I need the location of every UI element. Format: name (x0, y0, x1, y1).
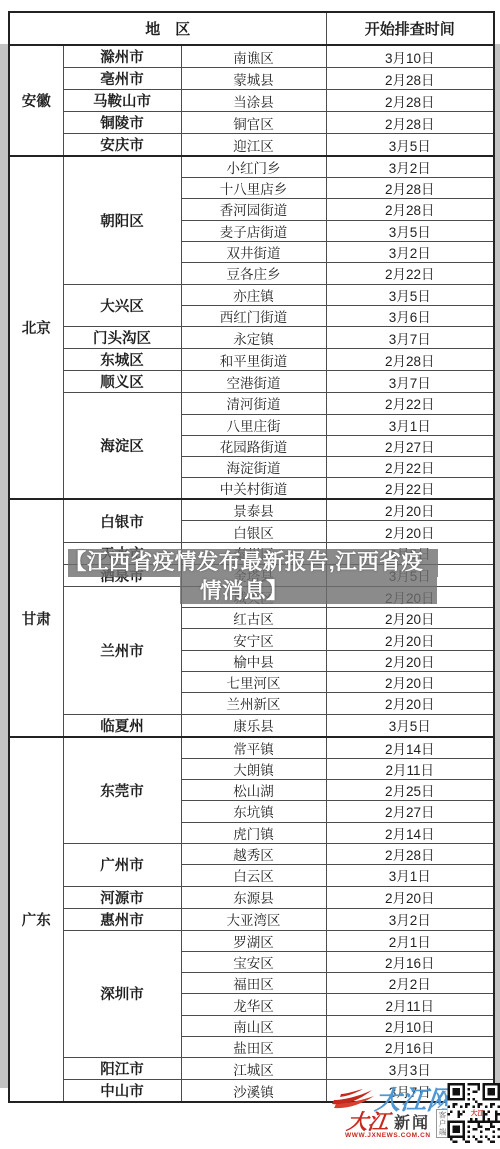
table-row: 河源市东源县2月20日 (9, 886, 494, 908)
date-cell: 3月1日 (326, 414, 494, 435)
city-cell: 顺义区 (63, 371, 181, 393)
date-cell: 2月16日 (326, 1037, 494, 1058)
district-cell: 康乐县 (181, 714, 326, 737)
district-cell: 景泰县 (181, 499, 326, 521)
city-cell: 惠州市 (63, 908, 181, 930)
district-cell: 南山区 (181, 1015, 326, 1036)
date-cell: 2月16日 (326, 951, 494, 972)
date-cell: 2月22日 (326, 263, 494, 284)
district-cell: 东源县 (181, 886, 326, 908)
district-cell: 永定镇 (181, 327, 326, 349)
district-cell: 东坑镇 (181, 801, 326, 822)
date-cell: 3月5日 (326, 220, 494, 241)
city-cell: 大兴区 (63, 284, 181, 327)
district-cell: 迎江区 (181, 134, 326, 157)
table-row: 北京朝阳区小红门乡3月2日 (9, 156, 494, 178)
district-cell: 大朗镇 (181, 758, 326, 779)
table-row: 甘肃白银市景泰县2月20日 (9, 499, 494, 521)
district-cell: 小红门乡 (181, 156, 326, 178)
svg-text:大江: 大江 (471, 1108, 485, 1117)
district-cell: 福田区 (181, 973, 326, 994)
city-cell: 门头沟区 (63, 327, 181, 349)
overlay-headline-line2: 情消息】 (58, 577, 430, 606)
city-cell: 东城区 (63, 349, 181, 371)
district-cell: 白云区 (181, 865, 326, 886)
district-cell: 当涂县 (181, 90, 326, 112)
district-cell: 麦子店街道 (181, 220, 326, 241)
city-cell: 滁州市 (63, 45, 181, 68)
publisher-watermark: 大江网 大江 新闻 WWW.JXNEWS.COM.CN 客户端 大江 (328, 1080, 500, 1149)
province-cell: 广东 (9, 737, 63, 1103)
qr-code: 大江 (447, 1083, 500, 1143)
table-row: 安庆市迎江区3月5日 (9, 134, 494, 157)
district-cell: 豆各庄乡 (181, 263, 326, 284)
district-cell: 双井街道 (181, 241, 326, 262)
district-cell: 铜官区 (181, 112, 326, 134)
district-cell: 宝安区 (181, 951, 326, 972)
date-cell: 3月2日 (326, 908, 494, 930)
table-row: 亳州市蒙城县2月28日 (9, 68, 494, 90)
date-cell: 3月2日 (326, 241, 494, 262)
date-cell: 3月7日 (326, 327, 494, 349)
district-cell: 花园路街道 (181, 435, 326, 456)
district-cell: 八里庄街 (181, 414, 326, 435)
district-cell: 兰州新区 (181, 693, 326, 714)
date-cell: 3月5日 (326, 284, 494, 305)
date-cell: 2月27日 (326, 435, 494, 456)
district-cell: 江城区 (181, 1058, 326, 1080)
date-cell: 2月14日 (326, 822, 494, 843)
region-header: 地 区 (9, 12, 326, 45)
table-row: 安徽滁州市南谯区3月10日 (9, 45, 494, 68)
date-cell: 2月28日 (326, 199, 494, 220)
table-row: 广州市越秀区2月28日 (9, 843, 494, 864)
overlay-headline-line1: 【江西省疫情发布最新报告,江西省疫 (58, 548, 430, 577)
date-cell: 3月6日 (326, 305, 494, 326)
table-row: 深圳市罗湖区2月1日 (9, 930, 494, 951)
district-cell: 红古区 (181, 608, 326, 629)
district-cell: 香河园街道 (181, 199, 326, 220)
district-cell: 沙溪镇 (181, 1080, 326, 1103)
date-cell: 2月27日 (326, 801, 494, 822)
district-cell: 中关村街道 (181, 478, 326, 500)
date-cell: 3月5日 (326, 714, 494, 737)
city-cell: 安庆市 (63, 134, 181, 157)
city-cell: 朝阳区 (63, 156, 181, 284)
date-cell: 2月14日 (326, 737, 494, 759)
date-cell: 2月22日 (326, 457, 494, 478)
date-cell: 2月10日 (326, 1015, 494, 1036)
screening-time-header: 开始排查时间 (326, 12, 494, 45)
date-cell: 3月2日 (326, 156, 494, 178)
page-gutter-left (0, 44, 8, 1088)
district-cell: 罗湖区 (181, 930, 326, 951)
district-cell: 西红门街道 (181, 305, 326, 326)
district-cell: 和平里街道 (181, 349, 326, 371)
district-cell: 松山湖 (181, 779, 326, 800)
date-cell: 2月28日 (326, 178, 494, 199)
district-cell: 蒙城县 (181, 68, 326, 90)
district-cell: 越秀区 (181, 843, 326, 864)
date-cell: 3月10日 (326, 45, 494, 68)
date-cell: 2月20日 (326, 499, 494, 521)
date-cell: 3月7日 (326, 371, 494, 393)
city-cell: 中山市 (63, 1080, 181, 1103)
table-row: 顺义区空港街道3月7日 (9, 371, 494, 393)
date-cell: 2月28日 (326, 68, 494, 90)
district-cell: 常平镇 (181, 737, 326, 759)
city-cell: 海淀区 (63, 393, 181, 500)
district-cell: 亦庄镇 (181, 284, 326, 305)
date-cell: 2月20日 (326, 693, 494, 714)
table-row: 广东东莞市常平镇2月14日 (9, 737, 494, 759)
district-cell: 空港街道 (181, 371, 326, 393)
date-cell: 2月20日 (326, 886, 494, 908)
city-cell: 阳江市 (63, 1058, 181, 1080)
district-cell: 十八里店乡 (181, 178, 326, 199)
table-row: 东城区和平里街道2月28日 (9, 349, 494, 371)
table-row: 大兴区亦庄镇3月5日 (9, 284, 494, 305)
date-cell: 2月28日 (326, 90, 494, 112)
date-cell: 2月25日 (326, 779, 494, 800)
date-cell: 2月20日 (326, 521, 494, 542)
date-cell: 2月22日 (326, 393, 494, 414)
table-header-row: 地 区 开始排查时间 (9, 12, 494, 45)
city-cell: 河源市 (63, 886, 181, 908)
table-row: 海淀区清河街道2月22日 (9, 393, 494, 414)
district-cell: 白银区 (181, 521, 326, 542)
date-cell: 2月28日 (326, 112, 494, 134)
table-row: 阳江市江城区3月3日 (9, 1058, 494, 1080)
date-cell: 2月1日 (326, 930, 494, 951)
city-cell: 深圳市 (63, 930, 181, 1058)
district-cell: 海淀街道 (181, 457, 326, 478)
date-cell: 2月22日 (326, 478, 494, 500)
district-cell: 清河街道 (181, 393, 326, 414)
date-cell: 2月28日 (326, 349, 494, 371)
district-cell: 大亚湾区 (181, 908, 326, 930)
date-cell: 2月2日 (326, 973, 494, 994)
table-row: 马鞍山市当涂县2月28日 (9, 90, 494, 112)
date-cell: 2月20日 (326, 672, 494, 693)
city-cell: 东莞市 (63, 737, 181, 844)
date-cell: 2月11日 (326, 994, 494, 1015)
province-cell: 甘肃 (9, 499, 63, 736)
district-cell: 南谯区 (181, 45, 326, 68)
news-suffix-text: 新闻 (394, 1110, 430, 1133)
district-cell: 安宁区 (181, 629, 326, 650)
district-cell: 盐田区 (181, 1037, 326, 1058)
district-cell: 虎门镇 (181, 822, 326, 843)
district-cell: 龙华区 (181, 994, 326, 1015)
city-cell: 临夏州 (63, 714, 181, 737)
province-cell: 北京 (9, 156, 63, 499)
date-cell: 2月11日 (326, 758, 494, 779)
table-row: 临夏州康乐县3月5日 (9, 714, 494, 737)
table-row: 惠州市大亚湾区3月2日 (9, 908, 494, 930)
overlay-headline: 【江西省疫情发布最新报告,江西省疫 情消息】 (58, 548, 430, 606)
date-cell: 2月20日 (326, 608, 494, 629)
site-url-text: WWW.JXNEWS.COM.CN (345, 1132, 431, 1139)
table-row: 铜陵市铜官区2月28日 (9, 112, 494, 134)
date-cell: 3月3日 (326, 1058, 494, 1080)
date-cell: 2月20日 (326, 629, 494, 650)
city-cell: 广州市 (63, 843, 181, 886)
date-cell: 2月28日 (326, 843, 494, 864)
city-cell: 铜陵市 (63, 112, 181, 134)
date-cell: 3月5日 (326, 134, 494, 157)
city-cell: 白银市 (63, 499, 181, 542)
date-cell: 3月1日 (326, 865, 494, 886)
city-cell: 亳州市 (63, 68, 181, 90)
city-cell: 马鞍山市 (63, 90, 181, 112)
district-cell: 榆中县 (181, 650, 326, 671)
date-cell: 2月20日 (326, 650, 494, 671)
table-row: 门头沟区永定镇3月7日 (9, 327, 494, 349)
district-cell: 七里河区 (181, 672, 326, 693)
province-cell: 安徽 (9, 45, 63, 156)
